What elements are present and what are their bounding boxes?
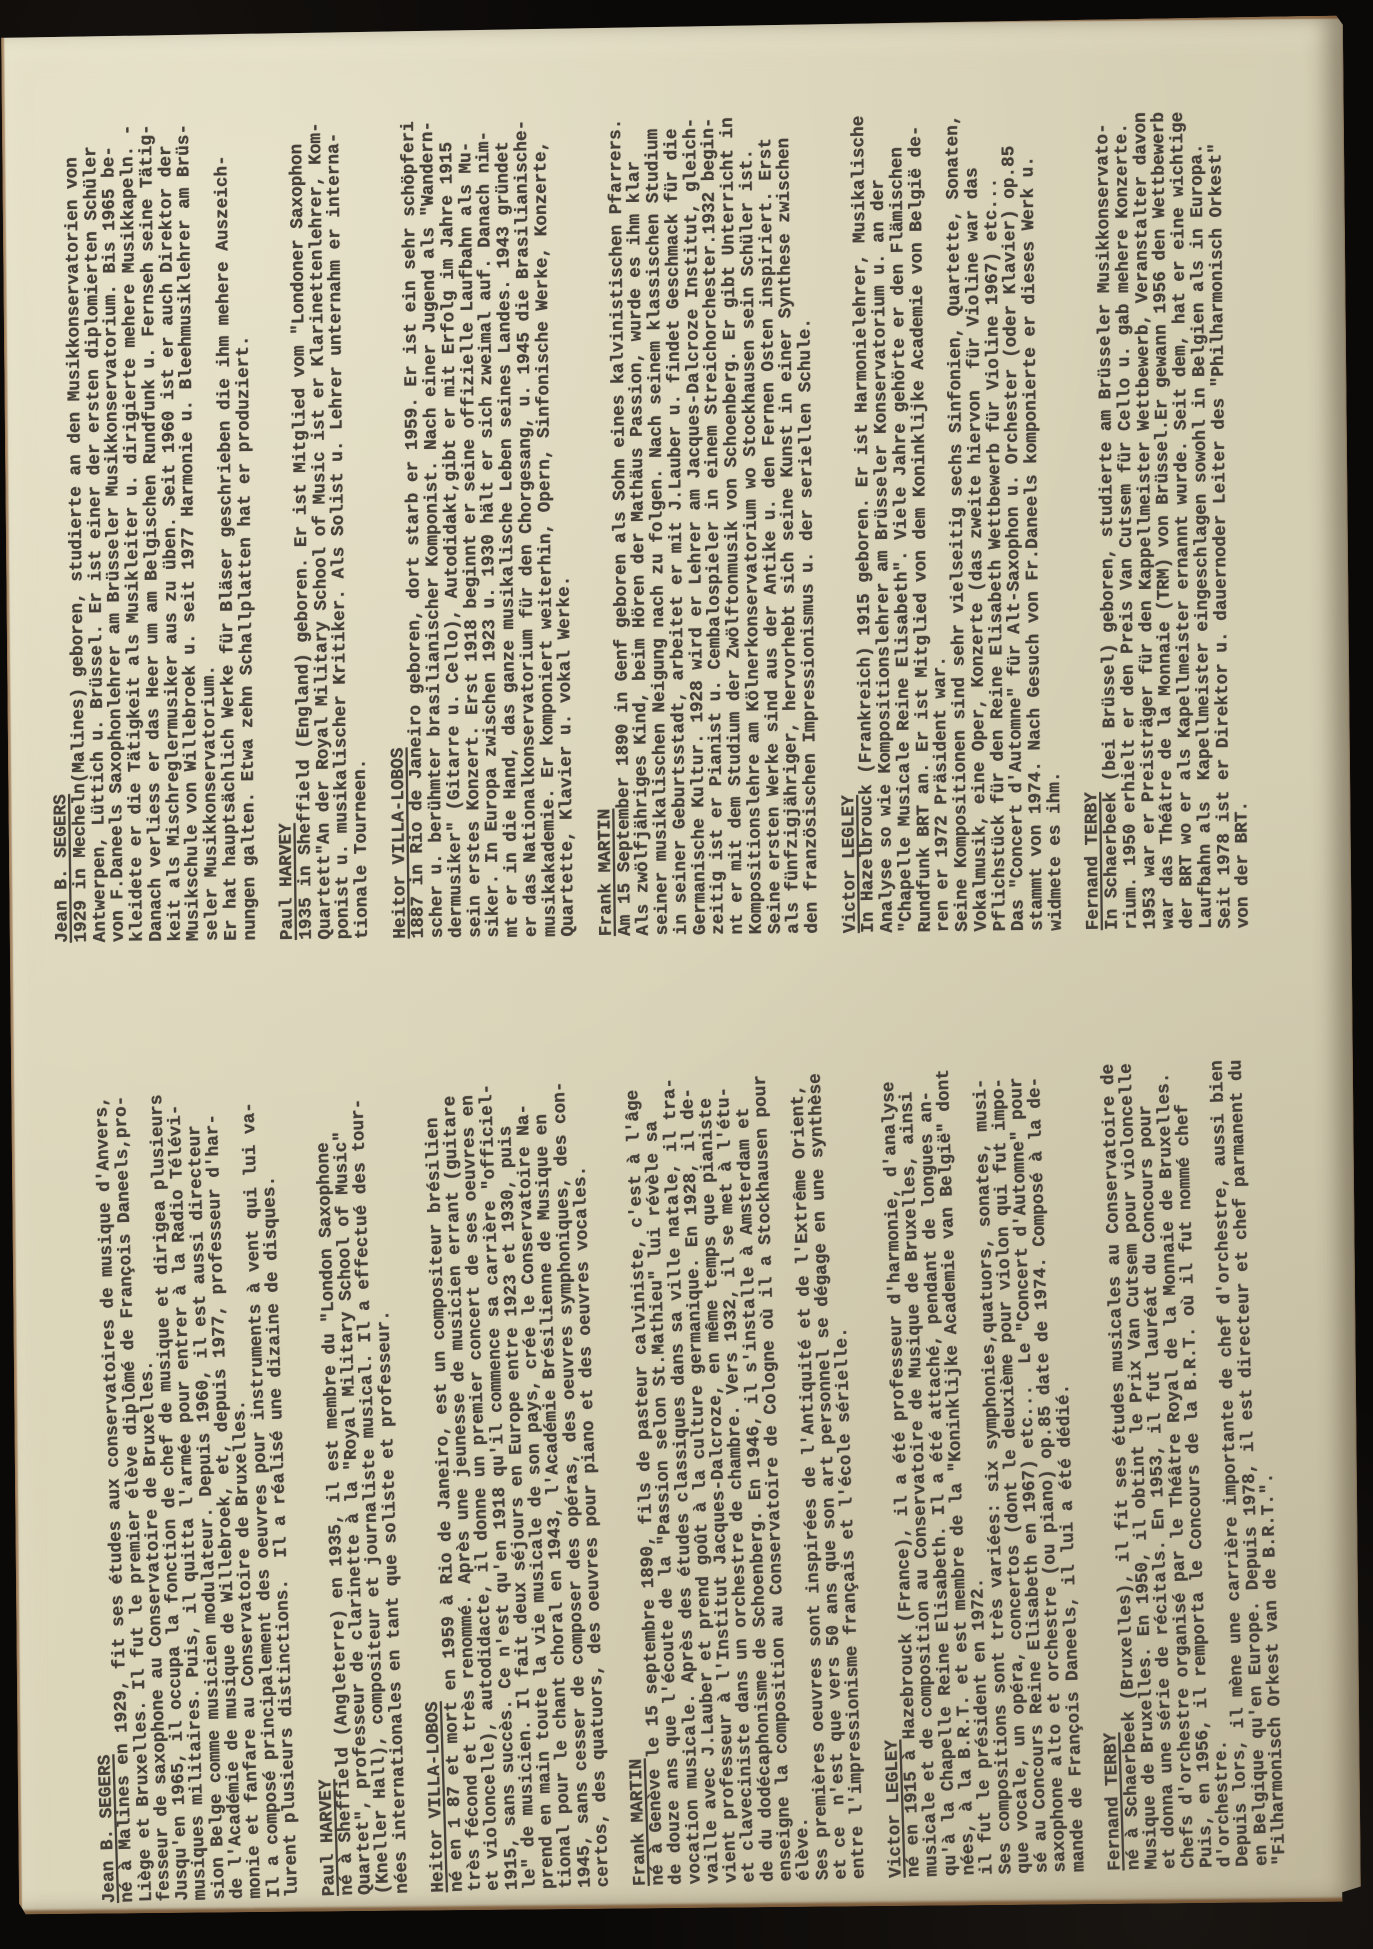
scanned-document-screenshot: { "colors":{ "background":"#0b0908", "pa… bbox=[0, 0, 1373, 1949]
german-column: Jean B. SEGERS1929 in Mecheln(Malines) g… bbox=[44, 111, 1254, 943]
rotated-text-layer: Jean B. SEGERSné à Malines en 1929, fit … bbox=[1, 16, 1361, 1915]
scanned-paper-sheet: Jean B. SEGERSné à Malines en 1929, fit … bbox=[1, 16, 1361, 1915]
french-column: Jean B. SEGERSné à Malines en 1929, fit … bbox=[75, 1059, 1290, 1904]
